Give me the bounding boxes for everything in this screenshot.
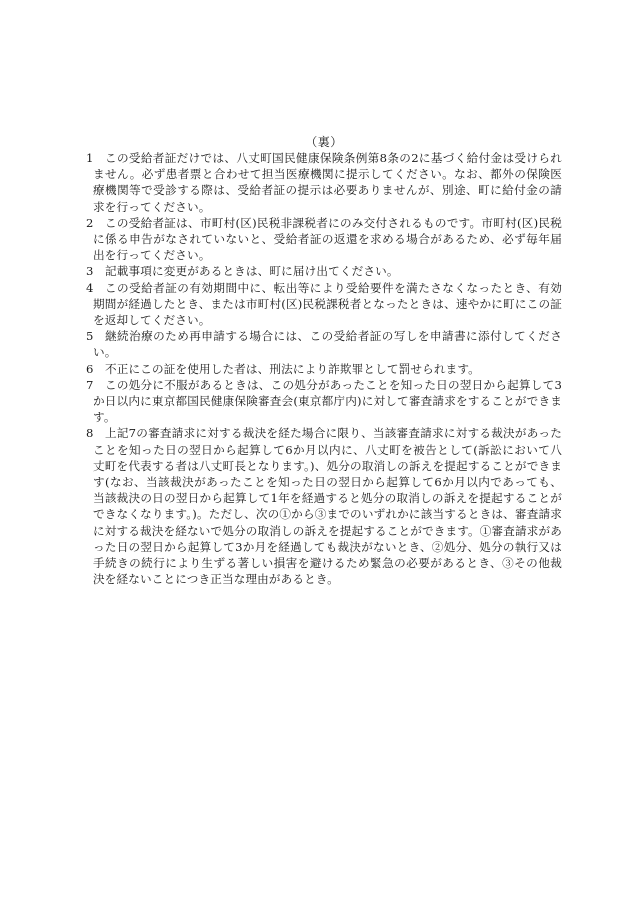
item-text: 不正にこの証を使用した者は、刑法により詐欺罪として罰せられます。 — [93, 361, 562, 377]
notice-item-2: 2 この受給者証は、市町村(区)民税非課税者にのみ交付されるものです。市町村(区… — [86, 215, 562, 264]
item-number: 6 — [86, 361, 98, 377]
item-text: この受給者証の有効期間中に、転出等により受給要件を満たさなくなったとき、有効期間… — [93, 280, 562, 329]
notice-item-5: 5 継続治療のため再申請する場合には、この受給者証の写しを申請書に添付してくださ… — [86, 328, 562, 360]
notice-item-7: 7 この処分に不服があるときは、この処分があったことを知った日の翌日から起算して… — [86, 377, 562, 426]
item-text: 上記7の審査請求に対する裁決を経た場合に限り、当該審査請求に対する裁決があったこ… — [93, 425, 562, 587]
item-number: 2 — [86, 215, 98, 231]
item-number: 5 — [86, 328, 98, 344]
item-number: 7 — [86, 377, 98, 393]
notice-item-6: 6 不正にこの証を使用した者は、刑法により詐欺罪として罰せられます。 — [86, 361, 562, 377]
notice-item-8: 8 上記7の審査請求に対する裁決を経た場合に限り、当該審査請求に対する裁決があっ… — [86, 425, 562, 587]
document-title: （裏） — [86, 134, 562, 150]
item-number: 3 — [86, 263, 98, 279]
notice-item-4: 4 この受給者証の有効期間中に、転出等により受給要件を満たさなくなったとき、有効… — [86, 280, 562, 329]
item-number: 4 — [86, 280, 98, 296]
document-page: （裏） 1 この受給者証だけでは、八丈町国民健康保険条例第8条の2に基づく給付金… — [86, 134, 562, 587]
notice-item-1: 1 この受給者証だけでは、八丈町国民健康保険条例第8条の2に基づく給付金は受けら… — [86, 150, 562, 215]
item-number: 1 — [86, 150, 98, 166]
item-text: この受給者証は、市町村(区)民税非課税者にのみ交付されるものです。市町村(区)民… — [93, 215, 562, 264]
item-text: この処分に不服があるときは、この処分があったことを知った日の翌日から起算して3か… — [93, 377, 562, 426]
item-text: 記載事項に変更があるときは、町に届け出てください。 — [93, 263, 562, 279]
item-text: 継続治療のため再申請する場合には、この受給者証の写しを申請書に添付してください。 — [93, 328, 562, 360]
item-number: 8 — [86, 425, 98, 441]
item-text: この受給者証だけでは、八丈町国民健康保険条例第8条の2に基づく給付金は受けられま… — [93, 150, 562, 215]
notice-item-3: 3 記載事項に変更があるときは、町に届け出てください。 — [86, 263, 562, 279]
